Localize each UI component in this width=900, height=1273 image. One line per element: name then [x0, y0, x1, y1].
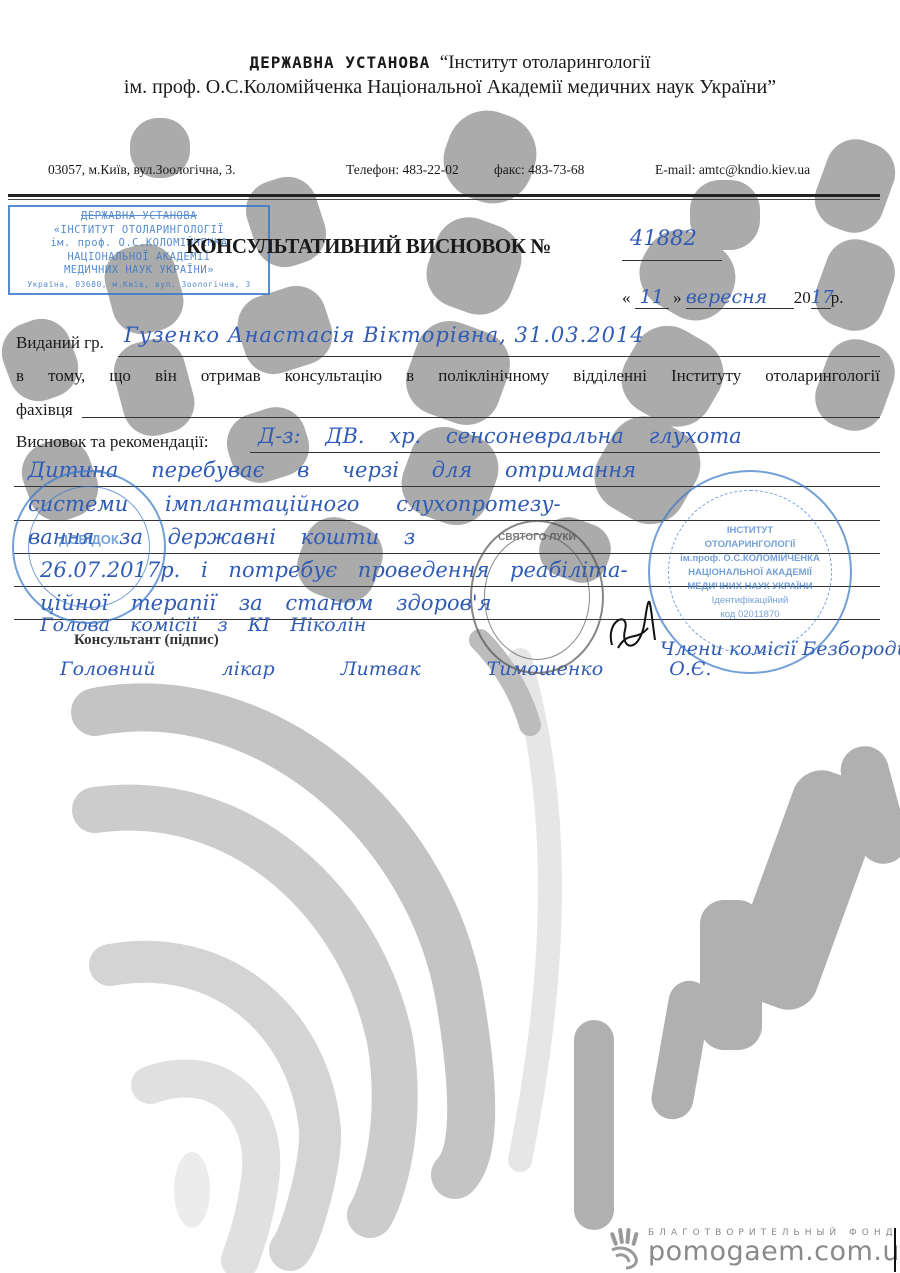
- round-stamp-middle: СВЯТОГО ЛУКИ: [470, 520, 604, 674]
- statement-text: в тому, що він отримав консультацію в по…: [16, 366, 880, 386]
- phone: Телефон: 483-22-02: [346, 162, 459, 178]
- date-month: вересня: [686, 286, 794, 309]
- issued-label: Виданий гр.: [16, 333, 104, 353]
- round-stamp-right-line: Ідентифікаційний: [650, 594, 850, 608]
- hand-logo-icon: [608, 1226, 644, 1270]
- specialist-underline: [82, 417, 880, 418]
- letterhead-org-line2: ім. проф. О.С.Коломійченка Національної …: [0, 76, 900, 99]
- pomogaem-logo: БЛАГОТВОРИТЕЛЬНЫЙ ФОНД pomogaem.com.ua: [608, 1226, 644, 1273]
- date-year-unit: р.: [831, 288, 844, 307]
- round-stamp-middle-ring: СВЯТОГО ЛУКИ: [472, 532, 602, 543]
- conclusion-line: Головний лікар Литвак Тимошенко О.Є.: [60, 658, 711, 680]
- date-year-suffix: 17: [811, 287, 831, 309]
- conclusion-line: Д-з: ДВ. хр. сенсоневральна глухота: [258, 424, 742, 448]
- letterhead-org-line1: ДЕРЖАВНА УСТАНОВА “Інститут отоларинголо…: [0, 52, 900, 74]
- document-number: 41882: [630, 226, 697, 250]
- round-stamp-right: ІНСТИТУТ ОТОЛАРИНГОЛОГІЇ ім.проф. О.С.КО…: [648, 470, 852, 674]
- round-stamp-right-line: ім.проф. О.С.КОЛОМІЙЧЕНКА: [650, 552, 850, 566]
- email: E-mail: amtc@kndio.kiev.ua: [655, 162, 810, 178]
- letterhead-divider: [8, 194, 880, 197]
- org-name-bold: ДЕРЖАВНА УСТАНОВА: [250, 53, 431, 72]
- round-stamp-right-line: код 02011870: [650, 608, 850, 622]
- date-day: 11: [635, 286, 669, 309]
- address: 03057, м.Київ, вул.Зоологічна, 3.: [48, 162, 235, 178]
- date-year-prefix: 20: [794, 288, 811, 307]
- conclusion-label: Висновок та рекомендації:: [16, 432, 208, 452]
- round-stamp-left: ДОВІДОК: [12, 470, 166, 624]
- fax: факс: 483-73-68: [494, 162, 584, 178]
- round-stamp-right-line: ОТОЛАРИНГОЛОГІЇ: [650, 538, 850, 552]
- logo-divider: [894, 1228, 896, 1272]
- corner-stamp-line: МЕДИЧНИХ НАУК УКРАЇНИ»: [10, 264, 268, 278]
- number-underline: [622, 260, 722, 261]
- date-quote-close: »: [673, 288, 682, 307]
- issued-underline: [118, 356, 880, 357]
- round-stamp-left-center: ДОВІДОК: [14, 532, 164, 547]
- round-stamp-right-line: НАЦІОНАЛЬНОЇ АКАДЕМІЇ: [650, 566, 850, 580]
- round-stamp-right-line: ІНСТИТУТ: [650, 524, 850, 538]
- consultant-signature-label: Консультант (підпис): [74, 632, 219, 649]
- corner-stamp-line: Україна, 03680, м.Київ, вул. Зоологічна,…: [10, 278, 268, 292]
- document-title: КОНСУЛЬТАТИВНИЙ ВИСНОВОК №: [186, 234, 551, 259]
- round-stamp-right-line: МЕДИЧНИХ НАУК УКРАЇНИ: [650, 580, 850, 594]
- corner-stamp-line: ДЕРЖАВНА УСТАНОВА: [10, 210, 268, 224]
- issued-value: Гузенко Анастасія Вікторівна, 31.03.2014: [124, 323, 645, 347]
- letterhead-divider-thin: [8, 199, 880, 200]
- site-link[interactable]: pomogaem.com.ua: [648, 1236, 900, 1267]
- date-quote-open: «: [622, 288, 631, 307]
- document-date: « 11 » вересня2017р.: [622, 286, 844, 309]
- conclusion-underline: [250, 452, 880, 453]
- specialist-label: фахівця: [16, 400, 73, 420]
- org-name-rest: “Інститут отоларингології: [440, 52, 651, 73]
